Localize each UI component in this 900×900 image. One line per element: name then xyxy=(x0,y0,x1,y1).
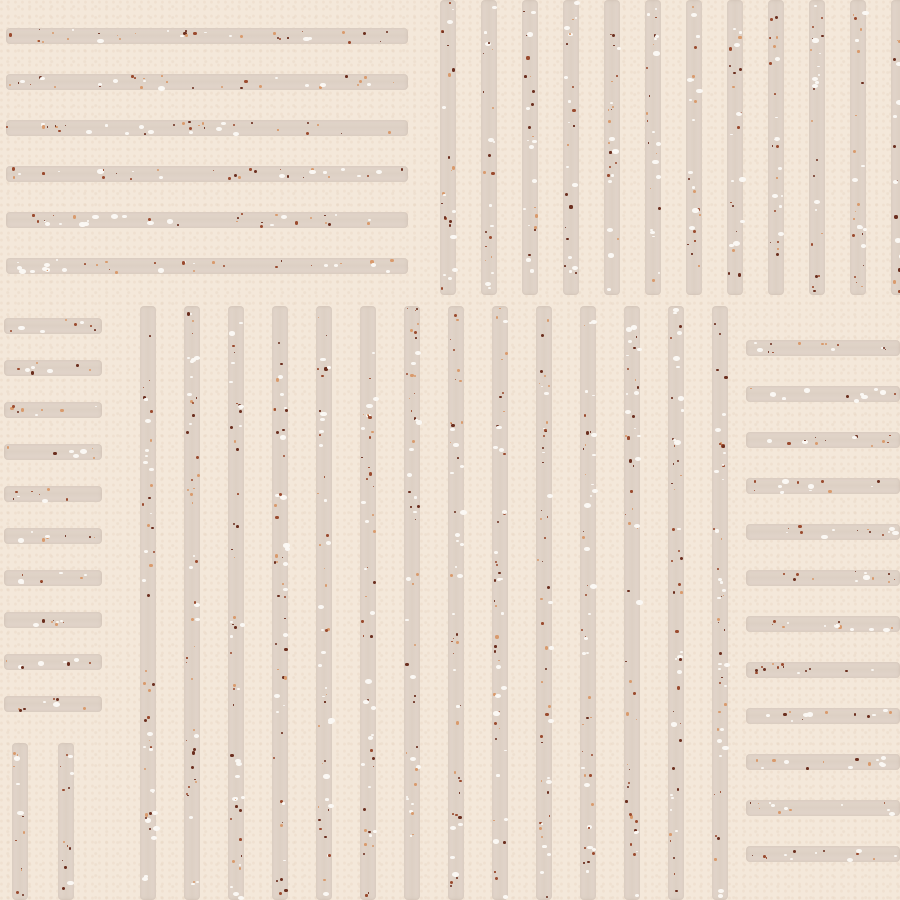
speckle xyxy=(821,35,824,38)
speckle xyxy=(233,616,236,619)
speckle xyxy=(149,812,152,815)
speckle xyxy=(716,369,718,371)
speckle xyxy=(854,276,856,278)
speckle xyxy=(154,262,156,264)
speckle xyxy=(47,488,50,491)
speckle xyxy=(276,561,278,563)
speckle xyxy=(193,555,195,556)
speckle xyxy=(147,732,153,736)
speckle xyxy=(460,705,461,706)
speckle xyxy=(896,100,900,105)
speckle xyxy=(388,131,391,134)
speckle xyxy=(572,86,574,88)
speckle xyxy=(456,633,458,635)
speckled-stripe xyxy=(492,306,508,900)
speckle xyxy=(415,310,416,311)
speckle xyxy=(740,220,745,224)
speckle xyxy=(634,391,640,395)
speckle xyxy=(237,493,239,495)
speckle xyxy=(718,889,724,894)
speckle xyxy=(143,387,144,388)
speckle xyxy=(283,860,285,862)
speckle xyxy=(410,757,416,761)
speckle xyxy=(192,751,195,754)
speckle xyxy=(21,666,24,669)
speckle xyxy=(45,222,50,226)
speckle xyxy=(575,272,577,274)
speckle xyxy=(547,791,550,794)
speckle xyxy=(452,268,458,272)
right-horizontal-block xyxy=(736,318,900,900)
speckle xyxy=(494,579,496,581)
speckle xyxy=(393,82,394,83)
speckle xyxy=(569,270,573,273)
speckle xyxy=(441,203,443,205)
speckle xyxy=(282,429,285,432)
speckle xyxy=(450,472,453,474)
speckled-stripe xyxy=(604,0,620,295)
speckle xyxy=(530,269,535,272)
speckle xyxy=(192,402,194,404)
speckle xyxy=(147,594,150,597)
speckle xyxy=(549,646,554,649)
speckled-stripe xyxy=(768,0,784,295)
speckle xyxy=(681,409,684,411)
speckle xyxy=(893,58,896,61)
speckle xyxy=(523,208,526,210)
speckle xyxy=(493,446,498,449)
speckle xyxy=(590,495,593,497)
speckle xyxy=(540,370,543,373)
speckle xyxy=(235,775,239,778)
speckle xyxy=(143,746,147,748)
speckle xyxy=(626,327,632,331)
speckle xyxy=(782,626,785,629)
speckle xyxy=(198,125,199,126)
speckle xyxy=(724,629,725,630)
center-vertical-block xyxy=(108,300,736,900)
speckle xyxy=(148,689,151,692)
speckled-stripe xyxy=(481,0,497,295)
speckle xyxy=(626,712,629,715)
speckle xyxy=(862,11,869,16)
speckle xyxy=(499,308,500,309)
speckle xyxy=(544,392,548,395)
speckle xyxy=(592,852,595,855)
speckle xyxy=(189,816,193,819)
speckle xyxy=(450,442,451,443)
speckle xyxy=(259,85,262,88)
speckle xyxy=(752,855,753,856)
speckle xyxy=(373,766,374,767)
speckle xyxy=(724,703,727,706)
speckle xyxy=(540,598,542,600)
speckle xyxy=(857,225,862,228)
speckle xyxy=(42,538,45,541)
speckle xyxy=(233,704,235,706)
speckled-stripe xyxy=(850,0,866,295)
speckle xyxy=(303,37,309,41)
speckled-stripe xyxy=(6,258,408,274)
speckle xyxy=(485,260,486,261)
speckle xyxy=(239,867,242,870)
speckle xyxy=(359,80,362,83)
speckle xyxy=(671,483,673,485)
speckle xyxy=(322,696,325,698)
speckle xyxy=(485,282,491,286)
speckled-stripe xyxy=(522,0,538,295)
speckle xyxy=(96,264,98,266)
speckled-stripe xyxy=(228,306,244,900)
speckle xyxy=(615,162,617,164)
speckle xyxy=(282,822,283,823)
speckle xyxy=(448,277,452,280)
speckle xyxy=(86,130,91,134)
speckle xyxy=(97,39,103,43)
speckle xyxy=(363,635,365,637)
speckle xyxy=(894,393,896,395)
speckle xyxy=(282,557,283,558)
speckle xyxy=(541,386,544,388)
speckle xyxy=(633,692,636,695)
speckled-stripe xyxy=(746,478,900,494)
speckle xyxy=(452,166,455,169)
speckled-stripe xyxy=(12,743,28,900)
speckle xyxy=(53,702,60,707)
speckle xyxy=(192,87,194,89)
speckle xyxy=(825,343,827,345)
speckle xyxy=(145,455,148,457)
speckle xyxy=(221,86,223,88)
speckle xyxy=(714,794,715,795)
speckle xyxy=(191,479,193,481)
speckle xyxy=(441,287,443,289)
speckle xyxy=(845,670,847,672)
speckle xyxy=(813,290,816,293)
speckle xyxy=(489,236,492,239)
speckle xyxy=(568,256,573,259)
speckle xyxy=(609,151,611,153)
speckle xyxy=(326,541,331,544)
speckle xyxy=(501,612,505,615)
speckle xyxy=(678,583,681,586)
speckle xyxy=(105,124,109,127)
speckle xyxy=(528,225,530,226)
speckle xyxy=(192,333,193,334)
speckle xyxy=(21,869,23,871)
speckle xyxy=(318,605,324,609)
speckle xyxy=(572,19,574,21)
speckle xyxy=(629,459,632,462)
speckle xyxy=(495,694,501,698)
speckle xyxy=(140,86,143,89)
speckle xyxy=(582,724,584,726)
speckle xyxy=(675,890,678,893)
speckle xyxy=(499,396,502,399)
speckle xyxy=(485,246,486,247)
speckle xyxy=(119,38,121,40)
speckle xyxy=(31,491,33,493)
speckle xyxy=(811,243,814,246)
speckle xyxy=(873,858,875,860)
speckle xyxy=(872,577,875,580)
speckle xyxy=(738,273,741,276)
speckle xyxy=(407,308,408,309)
speckle xyxy=(502,392,504,394)
speckle xyxy=(863,575,869,579)
speckle xyxy=(251,122,253,124)
speckle xyxy=(778,485,782,488)
speckle xyxy=(89,662,91,664)
speckle xyxy=(585,474,586,475)
speckle xyxy=(363,853,365,855)
speckle xyxy=(852,178,858,182)
speckle xyxy=(526,258,531,261)
speckle xyxy=(13,498,14,499)
speckle xyxy=(724,685,727,687)
speckle xyxy=(189,131,193,134)
speckle xyxy=(496,774,499,776)
speckle xyxy=(582,751,583,752)
speckle xyxy=(411,803,414,805)
speckled-stripe xyxy=(140,306,156,900)
speckle xyxy=(821,535,827,539)
speckle xyxy=(149,740,150,741)
speckle xyxy=(193,270,195,272)
speckle xyxy=(83,707,86,710)
speckle xyxy=(58,130,60,132)
speckle xyxy=(590,717,592,719)
speckle xyxy=(345,75,348,78)
speckle xyxy=(540,735,543,738)
speckled-stripe xyxy=(404,306,420,900)
speckle xyxy=(66,498,68,500)
speckle xyxy=(837,344,839,346)
speckle xyxy=(815,442,818,445)
speckle xyxy=(542,447,544,449)
speckle xyxy=(678,396,684,400)
speckle xyxy=(92,448,93,449)
speckle xyxy=(673,463,675,465)
speckle xyxy=(766,857,767,858)
speckle xyxy=(326,534,329,537)
speckle xyxy=(776,36,778,38)
speckle xyxy=(361,457,363,459)
speckle xyxy=(235,805,238,808)
speckle xyxy=(888,531,891,533)
speckle xyxy=(549,815,550,816)
speckle xyxy=(541,334,544,337)
speckle xyxy=(531,103,534,106)
speckle xyxy=(616,75,618,77)
speckle xyxy=(714,858,716,860)
speckle xyxy=(573,125,574,126)
speckle xyxy=(278,375,283,379)
speckle xyxy=(368,467,370,469)
speckle xyxy=(612,34,615,37)
speckle xyxy=(321,629,324,631)
speckle xyxy=(283,562,288,566)
speckle xyxy=(732,86,735,89)
speckle xyxy=(182,122,185,125)
speckle xyxy=(458,823,463,826)
speckle xyxy=(772,624,773,625)
speckle xyxy=(541,510,542,511)
speckle xyxy=(888,581,890,583)
speckle xyxy=(547,586,550,589)
speckle xyxy=(328,176,330,178)
speckle xyxy=(680,651,683,653)
speckle xyxy=(60,766,61,767)
speckle xyxy=(769,62,772,65)
speckle xyxy=(59,572,63,574)
speckle xyxy=(36,362,39,365)
speckle xyxy=(368,831,371,834)
speckle xyxy=(62,887,65,890)
speckle xyxy=(821,480,824,483)
speckle xyxy=(671,560,673,562)
speckle xyxy=(586,870,589,872)
speckle xyxy=(627,786,629,788)
speckle xyxy=(882,534,884,536)
speckle xyxy=(322,763,323,764)
speckle xyxy=(450,881,453,884)
speckle xyxy=(808,484,814,488)
speckle xyxy=(782,398,786,401)
speckle xyxy=(607,228,613,232)
speckle xyxy=(670,337,672,339)
speckle xyxy=(80,449,87,454)
speckle xyxy=(328,718,335,723)
speckle xyxy=(319,430,324,433)
speckle xyxy=(893,115,897,118)
speckle xyxy=(195,618,200,621)
speckled-stripe xyxy=(746,432,900,448)
speckle xyxy=(585,594,587,596)
speckle xyxy=(449,224,451,226)
speckle xyxy=(192,414,195,417)
speckle xyxy=(893,280,896,283)
speckle xyxy=(130,178,132,180)
speckle xyxy=(658,272,661,274)
speckle xyxy=(326,694,327,695)
speckle xyxy=(892,531,899,536)
speckle xyxy=(325,222,327,224)
speckle xyxy=(303,177,304,178)
speckle xyxy=(161,75,163,77)
speckle xyxy=(43,701,46,703)
speckle xyxy=(653,44,654,45)
speckle xyxy=(889,435,890,436)
speckle xyxy=(495,877,498,880)
speckled-stripe xyxy=(4,528,102,544)
speckle xyxy=(167,219,174,224)
speckle xyxy=(31,366,35,369)
speckle xyxy=(372,514,374,516)
speckle xyxy=(855,211,856,212)
speckle xyxy=(17,266,22,270)
speckle xyxy=(47,126,49,128)
speckle xyxy=(67,662,70,665)
speckle xyxy=(274,694,280,698)
speckle xyxy=(282,802,285,804)
speckle xyxy=(530,76,531,77)
speckle xyxy=(323,774,330,779)
speckled-stripe xyxy=(746,386,900,402)
speckle xyxy=(365,596,367,598)
speckle xyxy=(818,275,820,277)
speckle xyxy=(694,46,697,49)
speckle xyxy=(275,266,277,268)
speckle xyxy=(613,45,615,47)
speckle xyxy=(882,440,885,443)
speckle xyxy=(544,537,546,539)
speckle xyxy=(893,180,899,184)
speckle xyxy=(815,437,816,438)
speckle xyxy=(190,493,192,495)
speckle xyxy=(302,31,304,33)
speckle xyxy=(541,780,543,782)
speckle xyxy=(318,725,320,727)
speckle xyxy=(456,877,459,880)
speckle xyxy=(411,410,413,412)
speckle xyxy=(196,881,199,883)
speckle xyxy=(411,812,414,815)
speckle xyxy=(626,393,629,395)
speckle xyxy=(804,388,810,392)
speckle xyxy=(869,628,873,631)
speckle xyxy=(341,133,342,134)
speckle xyxy=(868,762,871,765)
speckle xyxy=(739,68,742,71)
speckle xyxy=(38,40,40,42)
speckle xyxy=(279,892,282,895)
speckle xyxy=(494,650,496,652)
speckle xyxy=(406,796,408,798)
speckle xyxy=(148,497,150,499)
speckle xyxy=(717,618,720,621)
speckle xyxy=(411,362,416,365)
speckle xyxy=(451,170,452,171)
speckle xyxy=(680,591,683,594)
speckle xyxy=(635,457,641,461)
speckle xyxy=(721,596,722,597)
speckle xyxy=(373,581,376,584)
speckle xyxy=(647,13,651,16)
speckle xyxy=(15,491,17,493)
speckle xyxy=(56,259,59,261)
speckle xyxy=(861,165,865,168)
speckle xyxy=(585,636,586,637)
left-horizontal-block xyxy=(0,300,108,720)
speckle xyxy=(679,739,682,742)
speckle xyxy=(719,652,722,655)
speckle xyxy=(584,547,589,551)
speckle xyxy=(9,33,12,36)
speckle xyxy=(655,17,656,18)
speckle xyxy=(13,752,16,755)
speckle xyxy=(698,265,699,266)
speckle xyxy=(728,272,730,274)
speckle xyxy=(805,670,807,672)
speckle xyxy=(627,437,630,440)
speckle xyxy=(635,820,638,823)
speckle xyxy=(688,171,692,174)
speckle xyxy=(191,883,194,885)
speckle xyxy=(894,855,896,857)
speckle xyxy=(283,705,285,707)
speckle xyxy=(673,312,676,314)
